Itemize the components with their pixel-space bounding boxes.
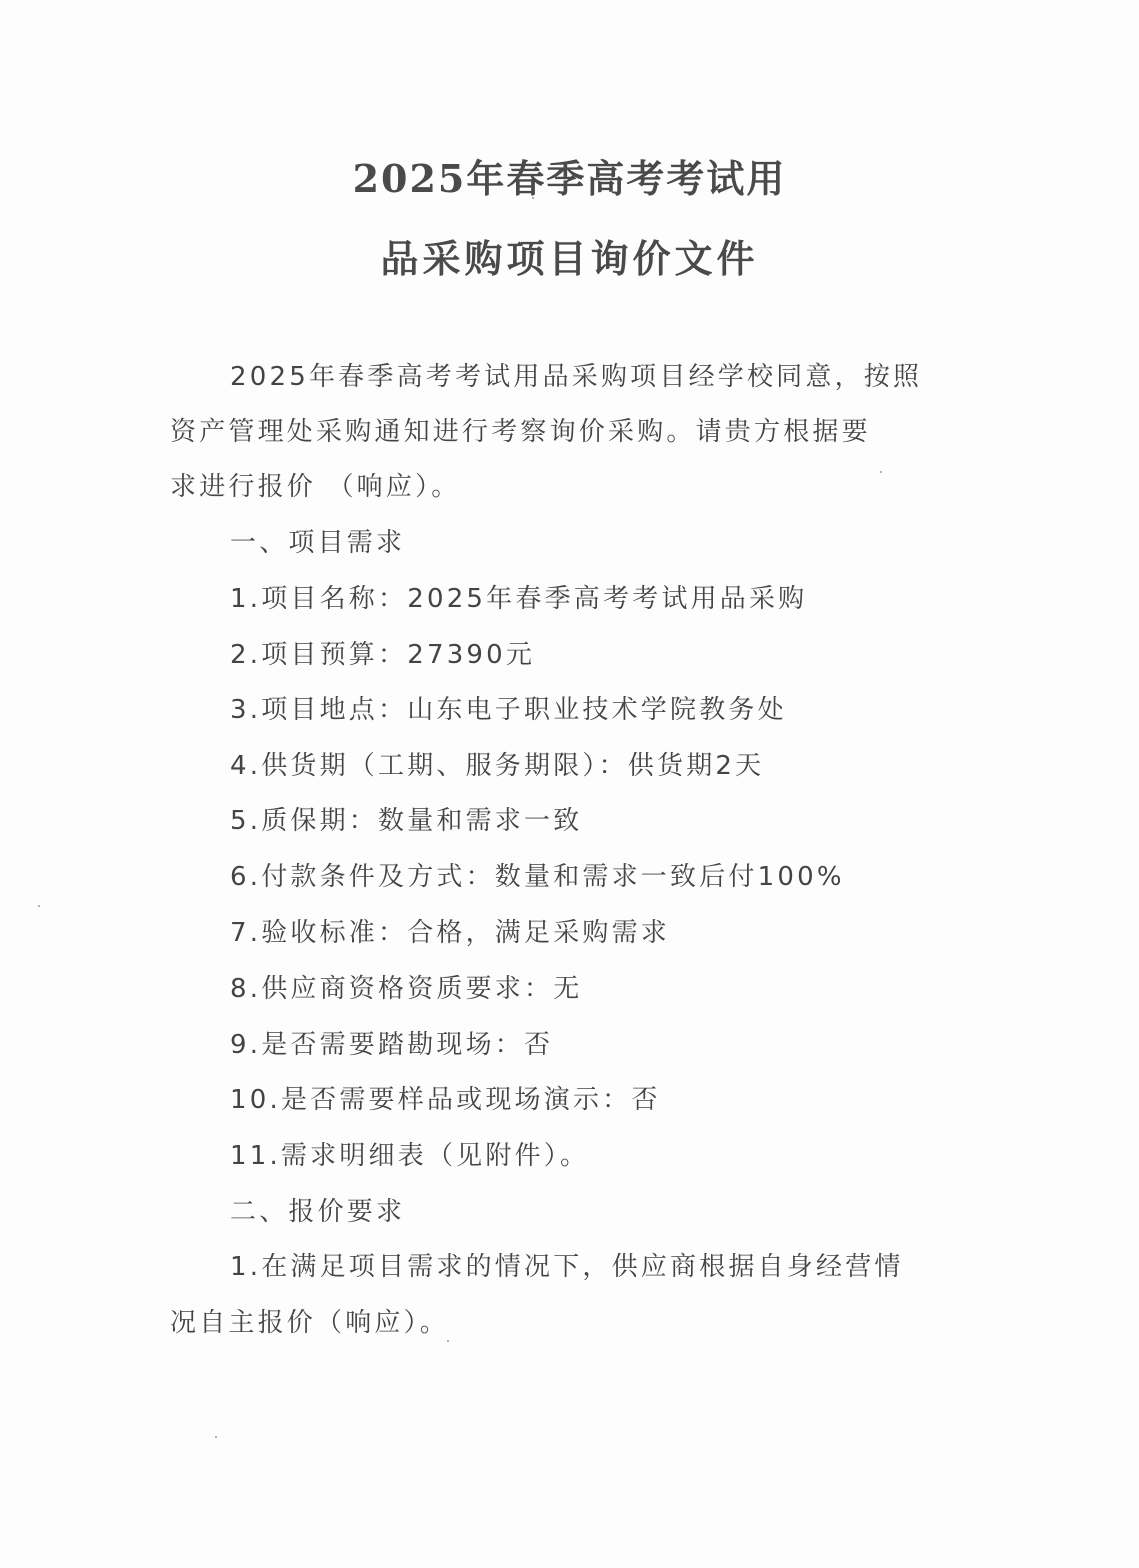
requirement-item: 8.供应商资格资质要求：无 — [230, 968, 582, 1005]
requirement-item: 6.付款条件及方式：数量和需求一致后付100% — [230, 856, 845, 893]
intro-paragraph-line-3: 求进行报价 （响应）。 — [170, 466, 460, 503]
section-2-heading: 二、报价要求 — [230, 1191, 405, 1228]
requirement-item: 7.验收标准：合格，满足采购需求 — [230, 912, 670, 949]
quotation-item-line-1: 1.在满足项目需求的情况下，供应商根据自身经营情 — [230, 1246, 904, 1283]
requirement-item: 3.项目地点：山东电子职业技术学院教务处 — [230, 689, 787, 726]
scan-speck — [532, 197, 534, 199]
section-1-heading: 一、项目需求 — [230, 522, 405, 559]
intro-paragraph-line-1: 2025年春季高考考试用品采购项目经学校同意，按照 — [230, 356, 922, 393]
intro-paragraph-line-2: 资产管理处采购通知进行考察询价采购。请贵方根据要 — [170, 411, 871, 448]
requirement-item: 5.质保期：数量和需求一致 — [230, 800, 582, 837]
quotation-item-line-2: 况自主报价（响应）。 — [170, 1302, 449, 1339]
requirement-item: 4.供货期（工期、服务期限）：供货期2天 — [230, 745, 764, 782]
requirement-item: 10.是否需要样品或现场演示：否 — [230, 1079, 661, 1116]
requirement-item: 2.项目预算：27390元 — [230, 634, 535, 671]
scan-speck — [447, 1340, 449, 1342]
requirement-item: 9.是否需要踏勘现场：否 — [230, 1024, 553, 1061]
scan-speck — [215, 1436, 217, 1438]
document-title-line-2: 品采购项目询价文件 — [0, 228, 1139, 283]
scanned-document-page: 2025年春季高考考试用 品采购项目询价文件 2025年春季高考考试用品采购项目… — [0, 0, 1139, 1568]
scan-speck — [880, 471, 882, 473]
scan-speck — [38, 905, 40, 907]
document-title-line-1: 2025年春季高考考试用 — [0, 148, 1139, 203]
requirement-item: 1.项目名称：2025年春季高考考试用品采购 — [230, 578, 807, 615]
requirement-item: 11.需求明细表（见附件）。 — [230, 1135, 589, 1172]
